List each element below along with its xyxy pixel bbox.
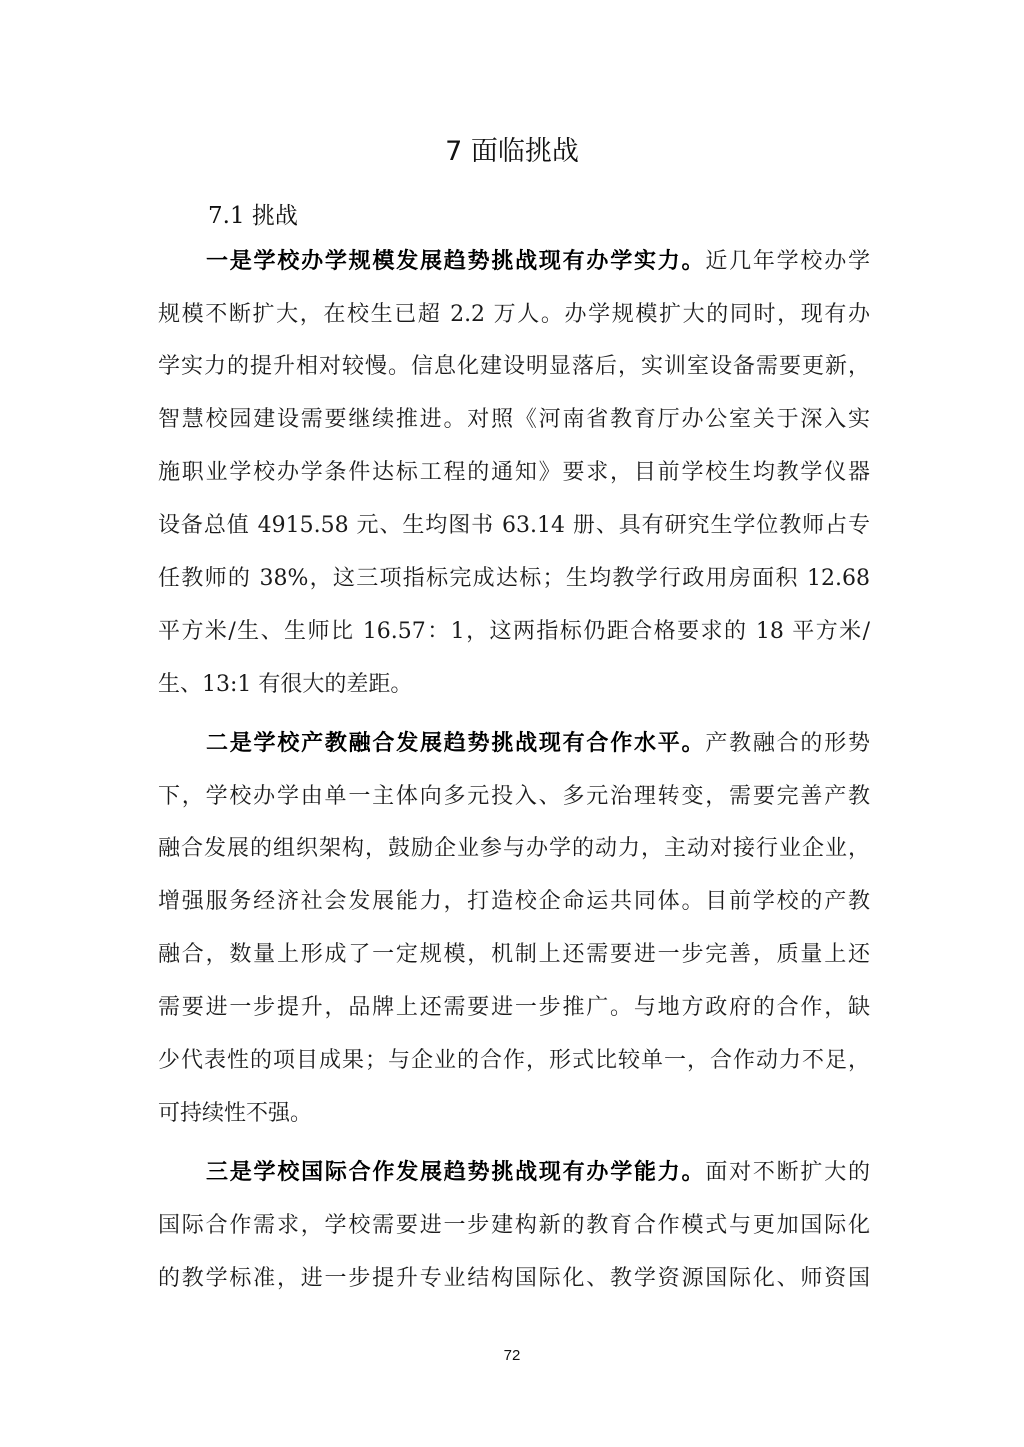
paragraph-3-line-1: 三是学校国际合作发展趋势挑战现有办学能力。面对不断扩大的 <box>206 1156 870 1190</box>
paragraph-2-line-2: 下，学校办学由单一主体向多元投入、多元治理转变，需要完善产教 <box>158 780 870 814</box>
paragraph-1-line-2: 规模不断扩大，在校生已超 2.2 万人。办学规模扩大的同时，现有办 <box>158 298 870 332</box>
paragraph-text: 产教融合的形势 <box>705 731 870 756</box>
paragraph-3-line-2: 国际合作需求，学校需要进一步建构新的教育合作模式与更加国际化 <box>158 1209 870 1243</box>
paragraph-2-line-1: 二是学校产教融合发展趋势挑战现有合作水平。产教融合的形势 <box>206 727 870 761</box>
paragraph-2-line-4: 增强服务经济社会发展能力，打造校企命运共同体。目前学校的产教 <box>158 885 870 919</box>
paragraph-1-line-7: 任教师的 38%，这三项指标完成达标；生均教学行政用房面积 12.68 <box>158 562 870 596</box>
page-number: 72 <box>0 1346 1024 1366</box>
paragraph-text: 面对不断扩大的 <box>705 1160 870 1185</box>
paragraph-1-line-4: 智慧校园建设需要继续推进。对照《河南省教育厅办公室关于深入实 <box>158 403 870 437</box>
section-title: 7.1 挑战 <box>208 200 298 232</box>
paragraph-1-line-6: 设备总值 4915.58 元、生均图书 63.14 册、具有研究生学位教师占专 <box>158 509 870 543</box>
paragraph-2-lead: 二是学校产教融合发展趋势挑战现有合作水平。 <box>206 731 705 756</box>
document-page: 7 面临挑战 7.1 挑战 一是学校办学规模发展趋势挑战现有办学实力。近几年学校… <box>0 0 1024 1447</box>
paragraph-1-line-3: 学实力的提升相对较慢。信息化建设明显落后，实训室设备需要更新， <box>158 350 870 384</box>
paragraph-3-line-3: 的教学标准，进一步提升专业结构国际化、教学资源国际化、师资国 <box>158 1262 870 1296</box>
paragraph-1-line-5: 施职业学校办学条件达标工程的通知》要求，目前学校生均教学仪器 <box>158 456 870 490</box>
chapter-title: 7 面临挑战 <box>0 134 1024 170</box>
paragraph-text: 近几年学校办学 <box>705 249 870 274</box>
paragraph-2-line-3: 融合发展的组织架构，鼓励企业参与办学的动力，主动对接行业企业， <box>158 832 870 866</box>
paragraph-2-line-5: 融合，数量上形成了一定规模，机制上还需要进一步完善，质量上还 <box>158 938 870 972</box>
paragraph-2-line-8: 可持续性不强。 <box>158 1097 870 1131</box>
paragraph-2-line-7: 少代表性的项目成果；与企业的合作，形式比较单一，合作动力不足， <box>158 1044 870 1078</box>
paragraph-1-line-8: 平方米/生、生师比 16.57：1，这两指标仍距合格要求的 18 平方米/ <box>158 615 870 649</box>
paragraph-3-lead: 三是学校国际合作发展趋势挑战现有办学能力。 <box>206 1160 705 1185</box>
paragraph-1-lead: 一是学校办学规模发展趋势挑战现有办学实力。 <box>206 249 705 274</box>
paragraph-2-line-6: 需要进一步提升，品牌上还需要进一步推广。与地方政府的合作，缺 <box>158 991 870 1025</box>
paragraph-1-line-9: 生、13:1 有很大的差距。 <box>158 668 870 702</box>
paragraph-1-line-1: 一是学校办学规模发展趋势挑战现有办学实力。近几年学校办学 <box>206 245 870 279</box>
